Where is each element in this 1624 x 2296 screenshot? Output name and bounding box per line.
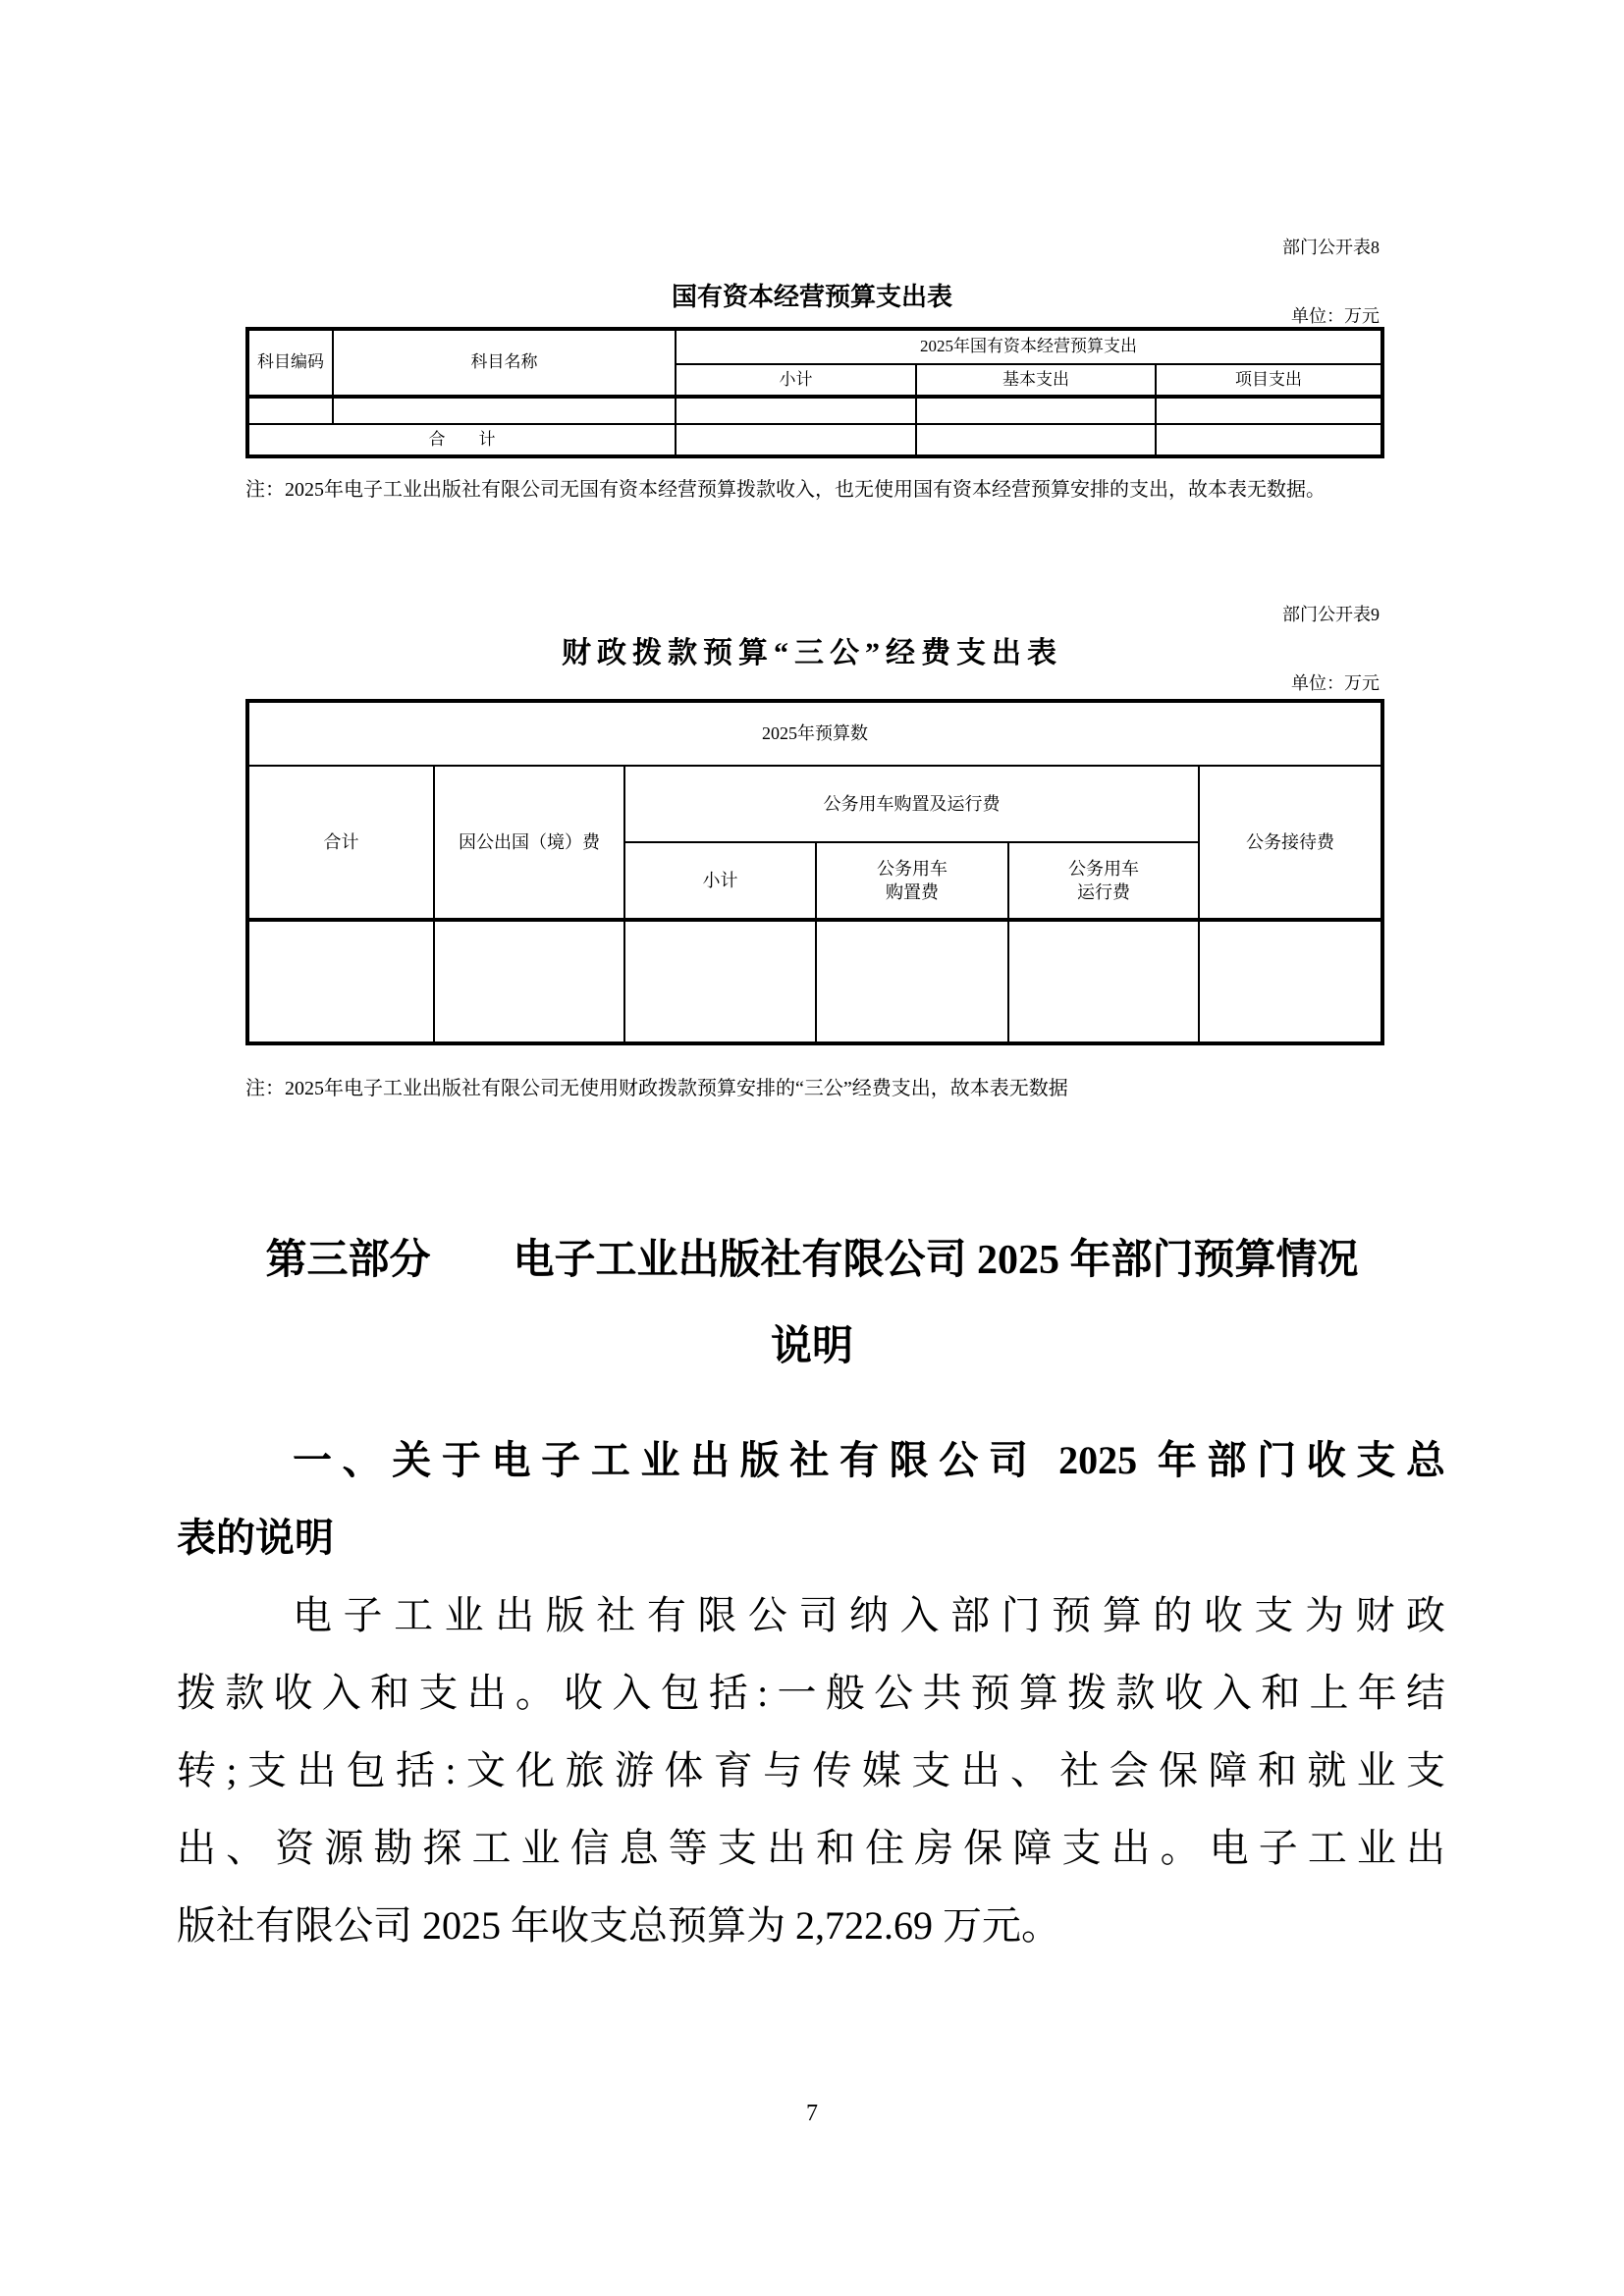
empty-cell [916,424,1156,456]
table8-total-label: 合 计 [247,424,676,456]
page-number: 7 [0,2101,1624,2127]
table9-vehicle-group-header: 公务用车购置及运行费 [624,766,1199,842]
table8-col-code-header: 科目编码 [247,329,333,397]
empty-cell [434,920,624,1043]
table8-subtotal-header: 小计 [676,364,916,397]
table8-total-row: 合 计 [247,424,1382,456]
document-page: 部门公开表8 国有资本经营预算支出表 单位：万元 科目编码 科目名称 2025年… [0,0,1624,2296]
empty-cell [816,920,1008,1043]
table9-note: 注：2025年电子工业出版社有限公司无使用财政拨款预算安排的“三公”经费支出，故… [245,1072,1068,1100]
table8-title: 国有资本经营预算支出表 [0,277,1624,313]
table8-unit-label: 单位：万元 [1291,302,1380,328]
empty-cell [1199,920,1382,1043]
subsection1-title-line1: 一、关于电子工业出版社有限公司 2025 年部门收支总 [177,1421,1445,1499]
table9-abroad-header: 因公出国（境）费 [434,766,624,920]
empty-cell [676,424,916,456]
section3-heading-line2: 说明 [0,1313,1624,1372]
empty-cell [1156,397,1382,424]
section3-heading-line1: 第三部分 电子工业出版社有限公司 2025 年部门预算情况 [0,1227,1624,1286]
paragraph-line: 版社有限公司 2025 年收支总预算为 2,722.69 万元。 [177,1887,1445,1964]
table9-title: 财政拨款预算“三公”经费支出表 [0,628,1624,671]
table9-unit-label: 单位：万元 [1291,669,1380,695]
table8-note: 注：2025年电子工业出版社有限公司无国有资本经营预算拨款收入，也无使用国有资本… [245,473,1326,502]
empty-cell [624,920,816,1043]
table9-reception-header: 公务接待费 [1199,766,1382,920]
table9-empty-row [247,920,1382,1043]
table8-header-row-1: 科目编码 科目名称 2025年国有资本经营预算支出 [247,329,1382,364]
subsection1-title-line2: 表的说明 [177,1499,1445,1576]
table8-group-header: 2025年国有资本经营预算支出 [676,329,1382,364]
paragraph-line: 电子工业出版社有限公司纳入部门预算的收支为财政 [177,1576,1445,1654]
table9-total-header: 合计 [247,766,434,920]
empty-cell [1156,424,1382,456]
empty-cell [676,397,916,424]
empty-cell [1008,920,1199,1043]
table8-tag: 部门公开表8 [1282,234,1380,259]
table8-basic-header: 基本支出 [916,364,1156,397]
empty-cell [333,397,676,424]
paragraph-line: 拨款收入和支出。收入包括:一般公共预算拨款收入和上年结 [177,1654,1445,1732]
table9-group-header: 2025年预算数 [247,701,1382,766]
table9-tag: 部门公开表9 [1282,601,1380,626]
table9-vehicle-operation-header: 公务用车 运行费 [1008,842,1199,920]
paragraph-line: 转;支出包括:文化旅游体育与传媒支出、社会保障和就业支 [177,1732,1445,1809]
empty-cell [916,397,1156,424]
table8-col-name-header: 科目名称 [333,329,676,397]
empty-cell [247,920,434,1043]
table8-project-header: 项目支出 [1156,364,1382,397]
section3-body: 一、关于电子工业出版社有限公司 2025 年部门收支总 表的说明 电子工业出版社… [177,1421,1445,1964]
paragraph-line: 出、资源勘探工业信息等支出和住房保障支出。电子工业出 [177,1809,1445,1887]
table8-empty-row [247,397,1382,424]
table9-vehicle-purchase-header: 公务用车 购置费 [816,842,1008,920]
table9-vehicle-subtotal-header: 小计 [624,842,816,920]
table9-header-row-1: 2025年预算数 [247,701,1382,766]
three-public-expense-table: 2025年预算数 合计 因公出国（境）费 公务用车购置及运行费 公务接待费 小计… [245,699,1384,1045]
empty-cell [247,397,333,424]
table9-header-row-2: 合计 因公出国（境）费 公务用车购置及运行费 公务接待费 [247,766,1382,842]
state-capital-budget-table: 科目编码 科目名称 2025年国有资本经营预算支出 小计 基本支出 项目支出 合… [245,327,1384,458]
